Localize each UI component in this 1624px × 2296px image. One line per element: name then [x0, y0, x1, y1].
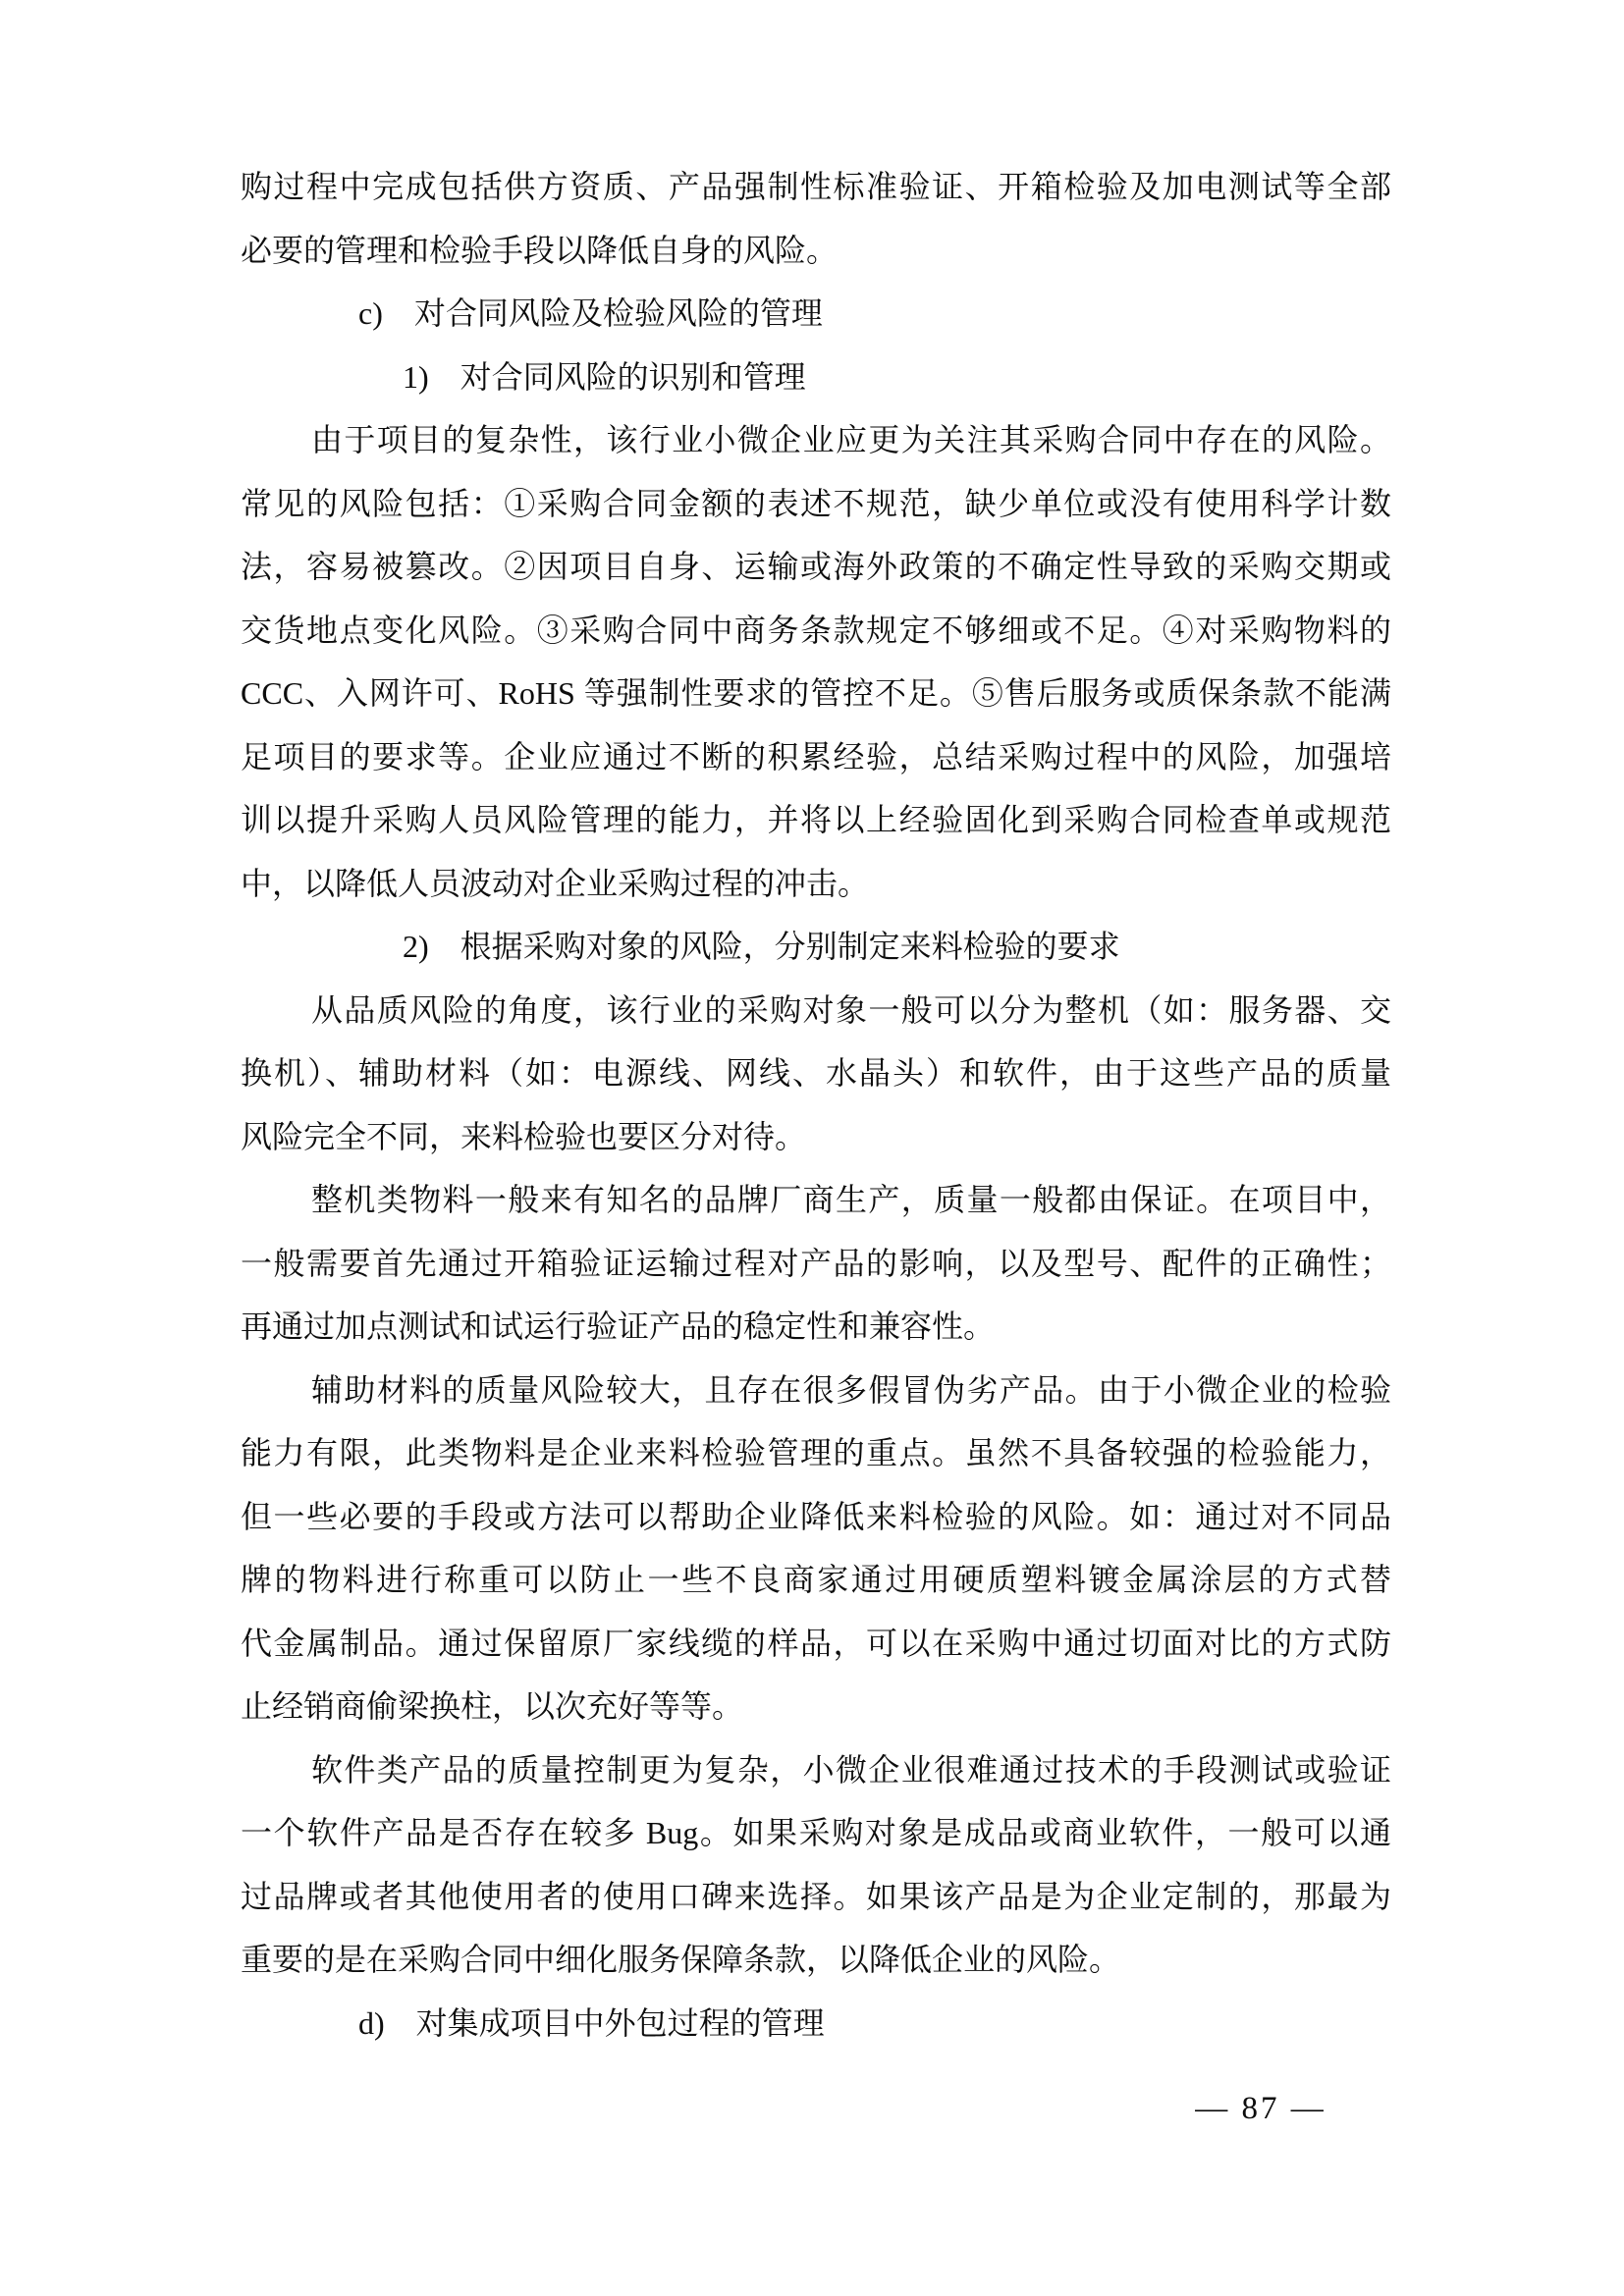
text-line: 过品牌或者其他使用者的使用口碑来选择。如果该产品是为企业定制的，那最为	[241, 1865, 1391, 1929]
text-line: 止经销商偷梁换柱，以次充好等等。	[241, 1675, 1391, 1738]
text-line: 从品质风险的角度，该行业的采购对象一般可以分为整机（如：服务器、交	[241, 979, 1391, 1042]
text-line: 足项目的要求等。企业应通过不断的积累经验，总结采购过程中的风险，加强培	[241, 725, 1391, 789]
text-line: 法，容易被篡改。②因项目自身、运输或海外政策的不确定性导致的采购交期或	[241, 535, 1391, 599]
text-line: d) 对集成项目中外包过程的管理	[241, 1992, 1391, 2056]
text-line: 一个软件产品是否存在较多 Bug。如果采购对象是成品或商业软件，一般可以通	[241, 1801, 1391, 1865]
page-number: — 87 —	[1178, 2087, 1343, 2130]
text-line: 训以提升采购人员风险管理的能力，并将以上经验固化到采购合同检查单或规范	[241, 788, 1391, 852]
text-line: 2) 根据采购对象的风险，分别制定来料检验的要求	[241, 915, 1391, 979]
text-line: 再通过加点测试和试运行验证产品的稳定性和兼容性。	[241, 1295, 1391, 1359]
text-line: CCC、入网许可、RoHS 等强制性要求的管控不足。⑤售后服务或质保条款不能满	[241, 662, 1391, 725]
text-line: 牌的物料进行称重可以防止一些不良商家通过用硬质塑料镀金属涂层的方式替	[241, 1548, 1391, 1612]
text-line: 软件类产品的质量控制更为复杂，小微企业很难通过技术的手段测试或验证	[241, 1738, 1391, 1802]
document-body: 购过程中完成包括供方资质、产品强制性标准验证、开箱检验及加电测试等全部必要的管理…	[241, 155, 1391, 2055]
text-line: 换机）、辅助材料（如：电源线、网线、水晶头）和软件，由于这些产品的质量	[241, 1041, 1391, 1105]
text-line: 一般需要首先通过开箱验证运输过程对产品的影响，以及型号、配件的正确性；	[241, 1232, 1391, 1296]
text-line: 1) 对合同风险的识别和管理	[241, 346, 1391, 409]
text-line: 常见的风险包括：①采购合同金额的表述不规范，缺少单位或没有使用科学计数	[241, 472, 1391, 536]
text-line: 代金属制品。通过保留原厂家线缆的样品，可以在采购中通过切面对比的方式防	[241, 1612, 1391, 1676]
text-line: 风险完全不同，来料检验也要区分对待。	[241, 1105, 1391, 1169]
text-line: c) 对合同风险及检验风险的管理	[241, 282, 1391, 346]
text-line: 但一些必要的手段或方法可以帮助企业降低来料检验的风险。如：通过对不同品	[241, 1485, 1391, 1549]
text-line: 能力有限，此类物料是企业来料检验管理的重点。虽然不具备较强的检验能力，	[241, 1421, 1391, 1485]
text-line: 辅助材料的质量风险较大，且存在很多假冒伪劣产品。由于小微企业的检验	[241, 1359, 1391, 1422]
text-line: 整机类物料一般来有知名的品牌厂商生产，质量一般都由保证。在项目中，	[241, 1168, 1391, 1232]
text-line: 购过程中完成包括供方资质、产品强制性标准验证、开箱检验及加电测试等全部	[241, 155, 1391, 219]
document-page: 购过程中完成包括供方资质、产品强制性标准验证、开箱检验及加电测试等全部必要的管理…	[0, 0, 1624, 2296]
text-line: 交货地点变化风险。③采购合同中商务条款规定不够细或不足。④对采购物料的	[241, 599, 1391, 663]
text-line: 重要的是在采购合同中细化服务保障条款，以降低企业的风险。	[241, 1928, 1391, 1992]
text-line: 必要的管理和检验手段以降低自身的风险。	[241, 219, 1391, 283]
text-line: 中，以降低人员波动对企业采购过程的冲击。	[241, 852, 1391, 916]
text-line: 由于项目的复杂性，该行业小微企业应更为关注其采购合同中存在的风险。	[241, 408, 1391, 472]
